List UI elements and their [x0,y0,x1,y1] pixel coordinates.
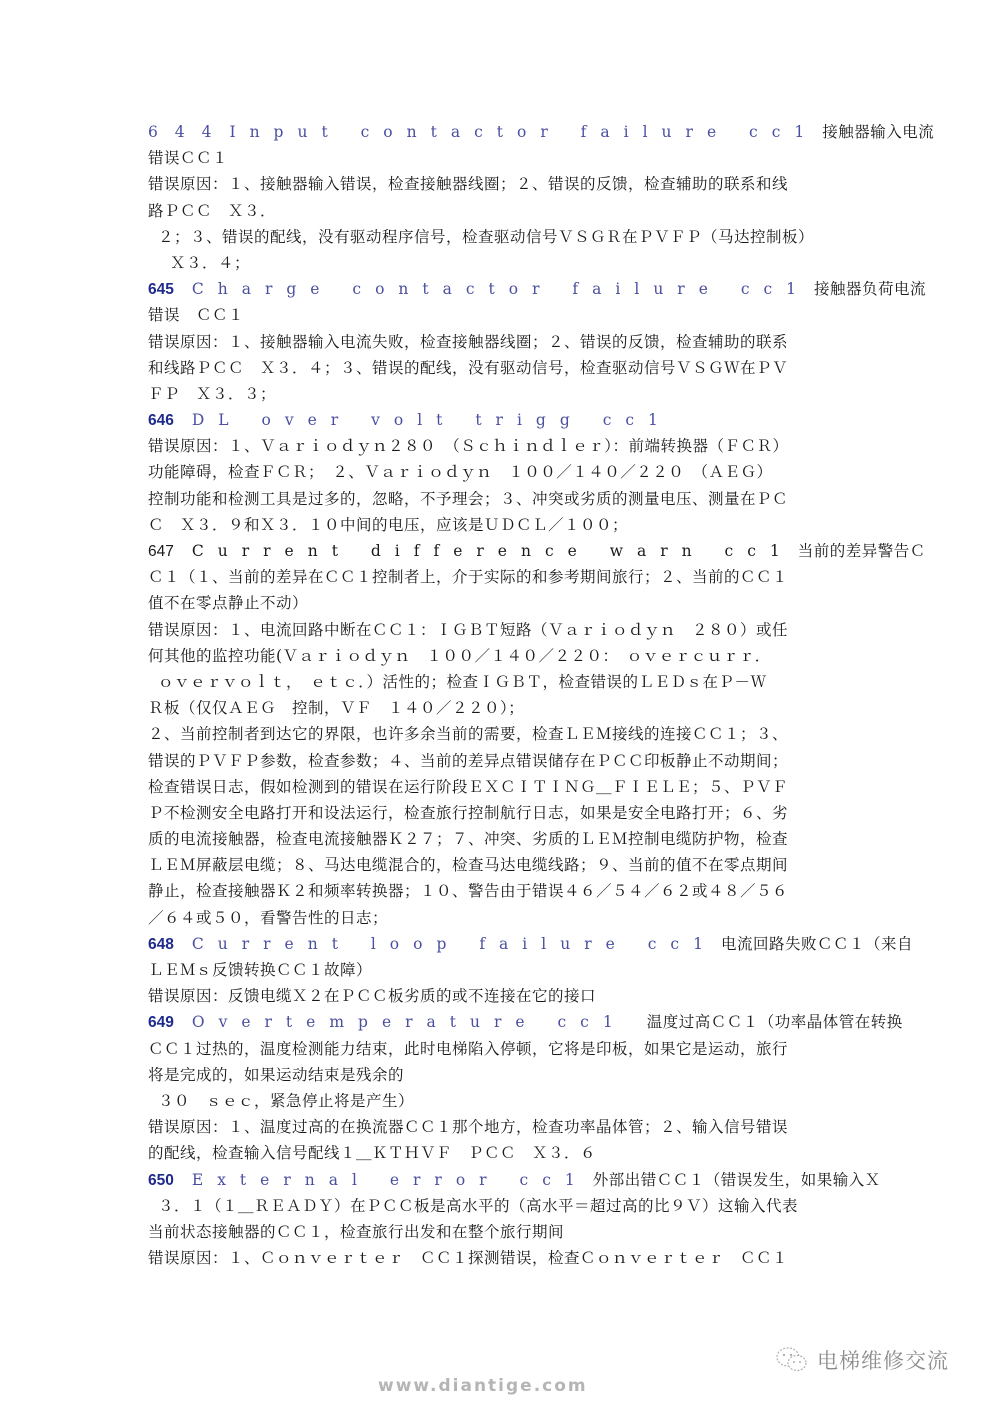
error-code-chinese-name: 外部出错ＣＣ１（错误发生，如果输入Ｘ [593,1171,881,1189]
body-text-line: 控制功能和检测工具是过多的，忽略，不予理会；３、冲突或劣质的测量电压、测量在ＰＣ [148,486,848,512]
body-text-line: 质的电流接触器，检查电流接触器Ｋ２７；７、冲突、劣质的ＬＥＭ控制电缆防护物，检查 [148,826,848,852]
body-text-line: 功能障碍，检查ＦＣＲ； ２、Ｖａｒｉｏｄｙｎ １００／１４０／２２０ （ＡＥＧ） [148,459,848,485]
error-code-english-name: Overtemperature cc1 [192,1013,627,1031]
error-code-english-name: Current difference warn cc1 [192,542,794,560]
error-code-heading: 6 4 4Input contactor failure cc1接触器输入电流 [148,119,848,145]
body-text-line: Ｒ板（仅仅ＡＥＧ 控制，ＶＦ １４０／２２０）； [148,695,848,721]
body-text-line: 当前状态接触器的ＣＣ１，检查旅行出发和在整个旅行期间 [148,1219,848,1245]
error-code-number: 649 [148,1014,174,1031]
body-text-line: ｏｖｅｒｖｏｌｔ， ｅｔｃ．）活性的；检查ＩＧＢＴ，检查错误的ＬＥＤｓ在Ｐ－Ｗ [148,669,848,695]
error-code-number: 646 [148,412,174,429]
error-code-english-name: External error cc1 [192,1171,589,1189]
brand-watermark: 电梯维修交流 [775,1345,949,1375]
body-text-line: 将是完成的，如果运动结束是残余的 [148,1062,848,1088]
error-code-english-name: Input contactor failure cc1 [229,123,818,141]
error-code-heading: 647Current difference warn cc1当前的差异警告Ｃ [148,538,848,564]
body-text-line: 错误原因：１、电流回路中断在ＣＣ１：ＩＧＢＴ短路（Ｖａｒｉｏｄｙｎ ２８０）或任 [148,617,848,643]
body-text-line: ＬＥＭｓ反馈转换ＣＣ１故障） [148,957,848,983]
body-text-line: 错误的ＰＶＦＰ参数，检查参数；４、当前的差异点错误储存在ＰＣＣ印板静止不动期间； [148,748,848,774]
body-text-line: ＬＥＭ屏蔽层电缆；８、马达电缆混合的，检查马达电缆线路；９、当前的值不在零点期间 [148,852,848,878]
error-code-number: 648 [148,936,174,953]
error-code-english-name: Charge contactor failure cc1 [192,280,810,298]
body-text-line: ＦＰ Ｘ３．３； [148,381,848,407]
error-code-heading: 645Charge contactor failure cc1接触器负荷电流 [148,276,848,302]
error-code-chinese-name: 当前的差异警告Ｃ [798,542,926,560]
error-code-chinese-name: 电流回路失败ＣＣ１（来自 [721,935,913,953]
body-text-line: 错误原因：１、温度过高的在换流器ＣＣ１那个地方，检查功率晶体管；２、输入信号错误 [148,1114,848,1140]
body-text-line: Ｃ１（１、当前的差异在ＣＣ１控制者上，介于实际的和参考期间旅行；２、当前的ＣＣ１ [148,564,848,590]
body-text-line: ２；３、错误的配线，没有驱动程序信号，检查驱动信号ＶＳＧＲ在ＰＶＦＰ（马达控制板… [148,224,848,250]
body-text-line: 错误原因：１、Ｖａｒｉｏｄｙｎ２８０ （Ｓｃｈｉｎｄｌｅｒ）：前端转换器（ＦＣＲ… [148,433,848,459]
body-text-line: 错误原因：１、接触器输入电流失败，检查接触器线圈；２、错误的反馈，检查辅助的联系 [148,329,848,355]
error-code-english-name: Current loop failure cc1 [192,935,717,953]
body-text-line: 错误原因：１、Ｃｏｎｖｅｒｔｅｒ ＣＣ１探测错误，检查Ｃｏｎｖｅｒｔｅｒ ＣＣ１ [148,1245,848,1271]
body-text-line: 何其他的监控功能(Ｖａｒｉｏｄｙｎ １００／１４０／２２０： ｏｖｅｒｃｕｒｒ． [148,643,848,669]
body-text-line: ＣＣ１过热的，温度检测能力结束，此时电梯陷入停顿，它将是印板，如果它是运动，旅行 [148,1036,848,1062]
body-text-line: 路ＰＣＣ Ｘ３． [148,198,848,224]
site-watermark: www.diantige.com [378,1376,588,1396]
body-text-line: Ｐ不检测安全电路打开和设法运行，检查旅行控制航行日志，如果是安全电路打开；６、劣 [148,800,848,826]
body-text-line: 错误原因：反馈电缆Ｘ２在ＰＣＣ板劣质的或不连接在它的接口 [148,983,848,1009]
body-text-line: ３０ ｓｅｃ，紧急停止将是产生） [148,1088,848,1114]
body-text-line: 值不在零点静止不动） [148,590,848,616]
body-text-line: 检查错误日志，假如检测到的错误在运行阶段ＥＸＣＩＴＩＮＧ＿ＦＩＥＬＥ；５、ＰＶＦ [148,774,848,800]
wechat-icon [775,1346,809,1374]
body-text-line: 静止，检查接触器Ｋ２和频率转换器；１０、警告由于错误４６／５４／６２或４８／５６ [148,878,848,904]
error-code-number: 6 4 4 [148,123,217,141]
error-code-english-name: DL over volt trigg cc1 [192,411,672,429]
body-text-line: ／６４或５０，看警告性的日志； [148,905,848,931]
error-code-number: 645 [148,281,174,298]
brand-name: 电梯维修交流 [817,1345,949,1375]
body-text-line: 错误 ＣＣ１ [148,302,848,328]
body-text-line: ２、当前控制者到达它的界限，也许多余当前的需要，检查ＬＥＭ接线的连接ＣＣ１；３、 [148,721,848,747]
error-code-chinese-name: 接触器输入电流 [822,123,934,141]
error-code-chinese-name: 接触器负荷电流 [814,280,926,298]
body-text-line: 错误原因：１、接触器输入错误，检查接触器线圈；２、错误的反馈，检查辅助的联系和线 [148,171,848,197]
body-text-line: 的配线，检查输入信号配线１＿ＫＴＨＶＦ ＰＣＣ Ｘ３．６ [148,1140,848,1166]
error-code-heading: 646DL over volt trigg cc1 [148,407,848,433]
body-text-line: 错误ＣＣ１ [148,145,848,171]
error-code-heading: 648Current loop failure cc1电流回路失败ＣＣ１（来自 [148,931,848,957]
error-code-number: 647 [148,543,174,560]
body-text-line: Ｃ Ｘ３．９和Ｘ３．１０中间的电压，应该是ＵＤＣＬ／１００； [148,512,848,538]
document-page: 6 4 4Input contactor failure cc1接触器输入电流错… [148,119,848,1271]
body-text-line: ３．１（１＿ＲＥＡＤＹ）在ＰＣＣ板是高水平的（高水平＝超过高的比９Ｖ）这输入代表 [148,1193,848,1219]
error-code-heading: 650External error cc1外部出错ＣＣ１（错误发生，如果输入Ｘ [148,1167,848,1193]
body-text-line: Ｘ３．４； [148,250,848,276]
error-code-heading: 649Overtemperature cc1 温度过高ＣＣ１（功率晶体管在转换 [148,1009,848,1035]
body-text-line: 和线路ＰＣＣ Ｘ３．４；３、错误的配线，没有驱动信号，检查驱动信号ＶＳＧＷ在ＰＶ [148,355,848,381]
error-code-chinese-name: 温度过高ＣＣ１（功率晶体管在转换 [631,1013,903,1031]
error-code-number: 650 [148,1172,174,1189]
